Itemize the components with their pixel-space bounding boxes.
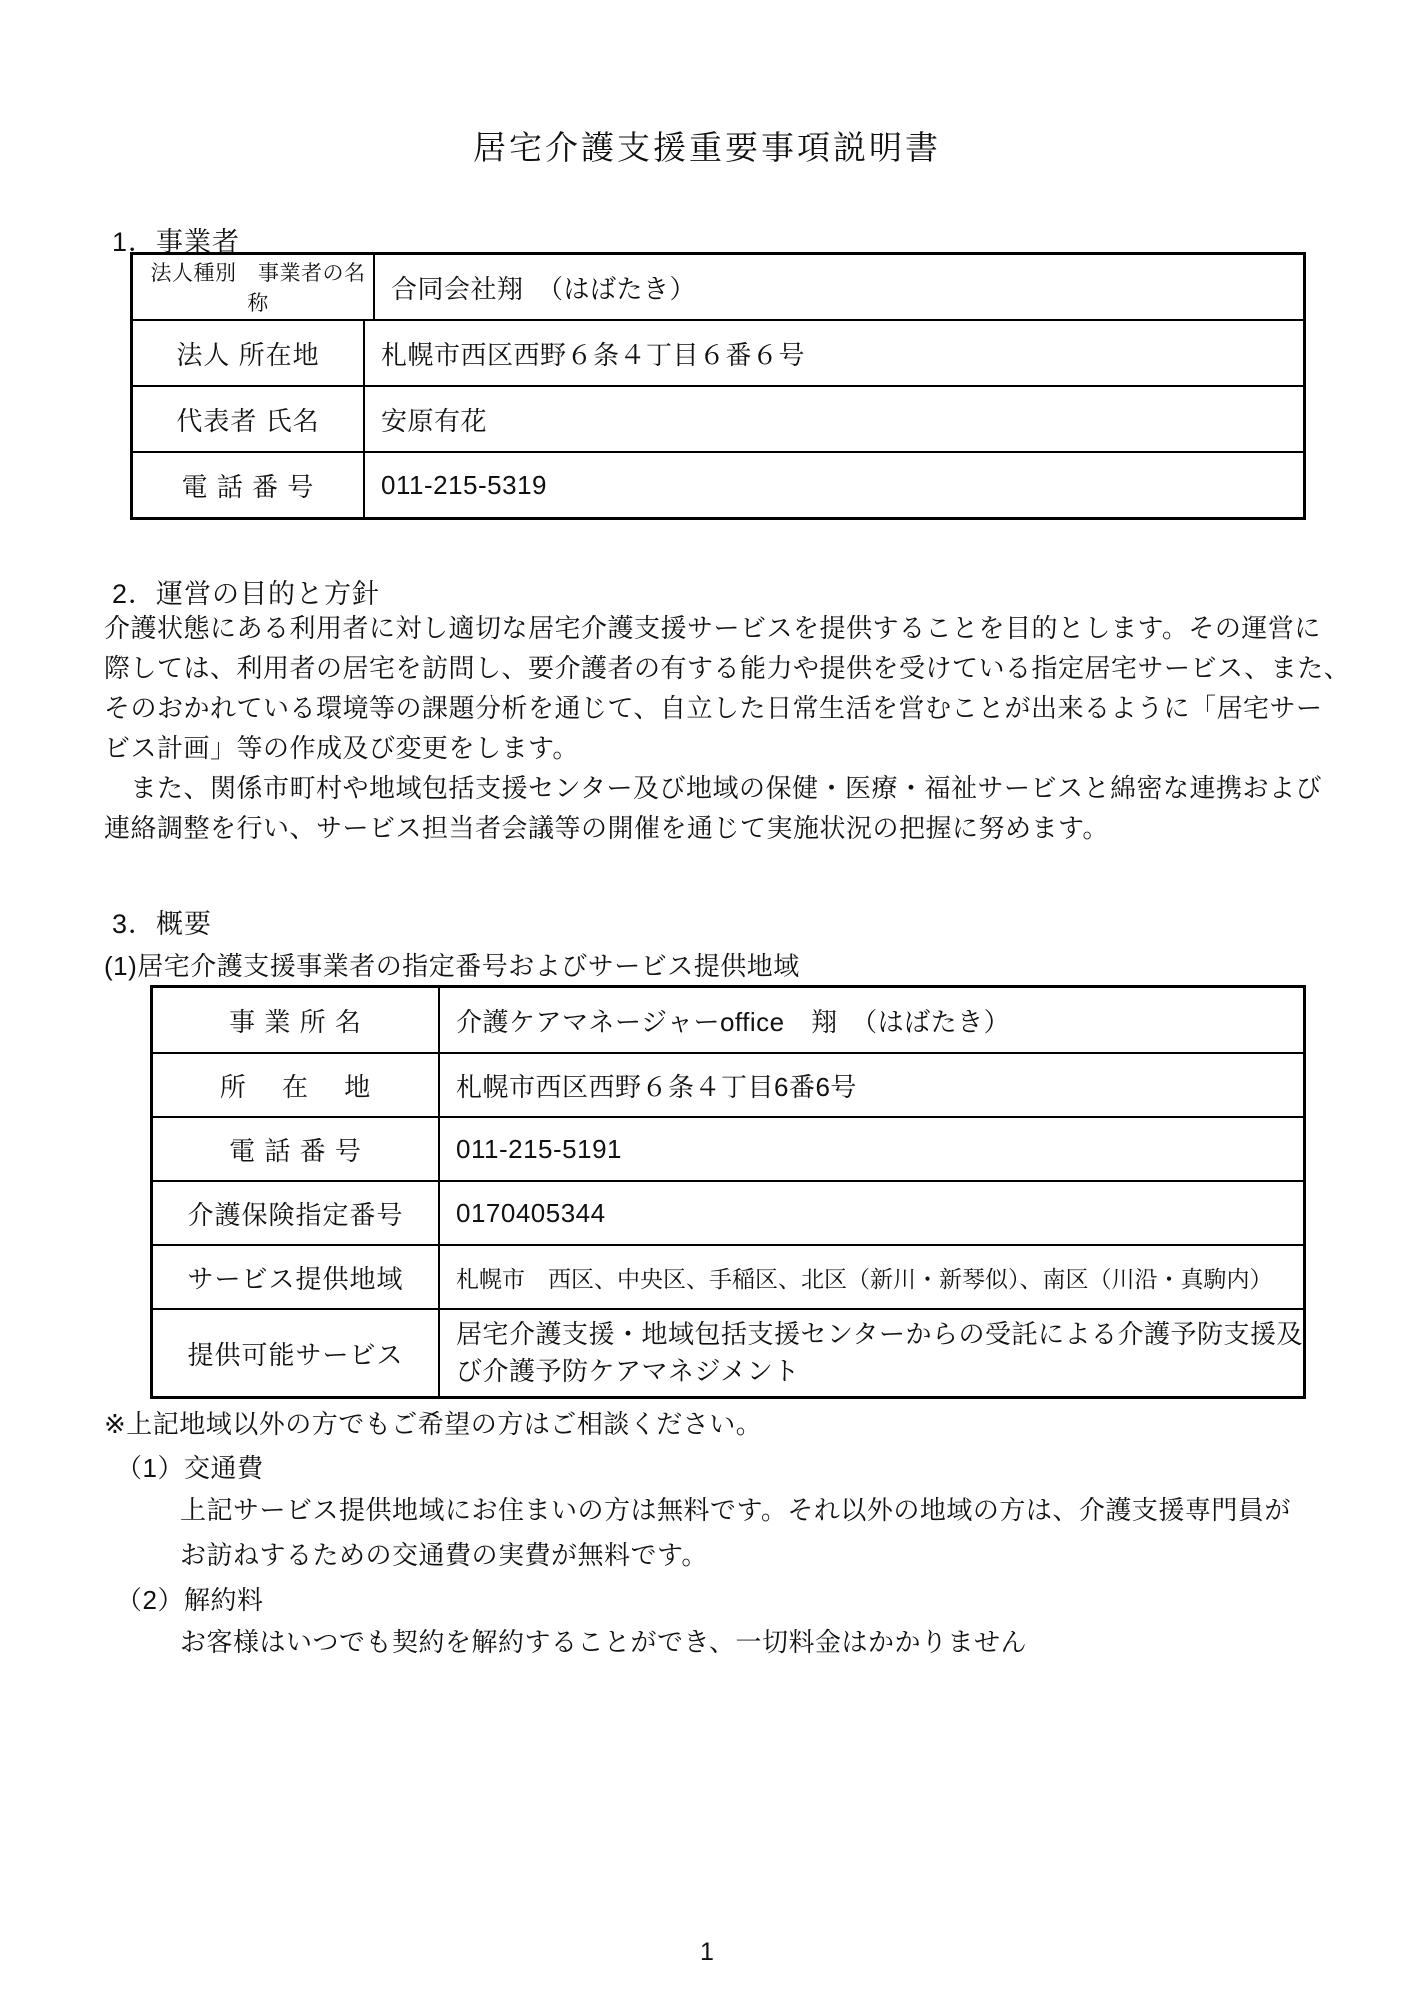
business-operator-table: 法人種別 事業者の名称 合同会社翔 （はばたき） 法人 所在地 札幌市西区西野６…: [130, 252, 1306, 520]
table-row: 代表者 氏名 安原有花: [133, 385, 1303, 451]
row-label: 所 在 地: [153, 1054, 440, 1116]
row-label: サービス提供地域: [153, 1246, 440, 1308]
table-row: サービス提供地域 札幌市 西区、中央区、手稲区、北区（新川・新琴似）、南区（川沿…: [153, 1244, 1303, 1308]
row-value: 札幌市西区西野６条４丁目６番６号: [365, 321, 1303, 385]
row-value-line: び介護予防ケアマネジメント: [456, 1353, 800, 1390]
row-value: 安原有花: [365, 387, 1303, 451]
row-label: 法人 所在地: [133, 321, 365, 385]
row-label: 事 業 所 名: [153, 988, 440, 1052]
table-row: 電 話 番 号 011-215-5191: [153, 1116, 1303, 1180]
row-label: 電 話 番 号: [133, 453, 365, 517]
office-overview-table: 事 業 所 名 介護ケアマネージャーoffice 翔 （はばたき） 所 在 地 …: [150, 985, 1306, 1399]
table-row: 法人種別 事業者の名称 合同会社翔 （はばたき）: [133, 255, 1303, 319]
page-number: 1: [0, 1938, 1414, 1967]
row-value-line: 居宅介護支援・地域包括支援センターからの受託による介護予防支援及: [456, 1316, 1303, 1353]
item1-text-line: 上記サービス提供地域にお住まいの方は無料です。それ以外の地域の方は、介護支援専門…: [180, 1490, 1291, 1530]
table-row: 法人 所在地 札幌市西区西野６条４丁目６番６号: [133, 319, 1303, 385]
purpose-paragraph-line: また、関係市町村や地域包括支援センター及び地域の保健・医療・福祉サービスと綿密な…: [104, 768, 1322, 808]
purpose-paragraph-line: 介護状態にある利用者に対し適切な居宅介護支援サービスを提供することを目的とします…: [104, 608, 1321, 648]
row-label: 法人種別 事業者の名称: [133, 255, 375, 319]
table-row: 介護保険指定番号 0170405344: [153, 1180, 1303, 1244]
row-value: 合同会社翔 （はばたき）: [375, 255, 1303, 319]
document-page: 居宅介護支援重要事項説明書 1．事業者 法人種別 事業者の名称 合同会社翔 （は…: [0, 0, 1414, 2000]
item1-text-line: お訪ねするための交通費の実費が無料です。: [180, 1535, 708, 1575]
page-title: 居宅介護支援重要事項説明書: [0, 122, 1414, 169]
row-label: 電 話 番 号: [153, 1118, 440, 1180]
row-label: 介護保険指定番号: [153, 1182, 440, 1244]
row-value: 札幌市 西区、中央区、手稲区、北区（新川・新琴似）、南区（川沿・真駒内）: [440, 1246, 1303, 1308]
table-row: 電 話 番 号 011-215-5319: [133, 451, 1303, 517]
row-label: 代表者 氏名: [133, 387, 365, 451]
item2-text-line: お客様はいつでも契約を解約することができ、一切料金はかかりません: [180, 1622, 1027, 1662]
row-label: 提供可能サービス: [153, 1310, 440, 1396]
item1-heading: （1）交通費: [116, 1448, 263, 1488]
section3-heading: 3．概要: [112, 902, 212, 941]
area-note: ※上記地域以外の方でもご希望の方はご相談ください。: [104, 1404, 762, 1444]
row-value: 0170405344: [440, 1182, 1303, 1244]
row-value: 居宅介護支援・地域包括支援センターからの受託による介護予防支援及 び介護予防ケア…: [440, 1310, 1303, 1396]
table-row: 所 在 地 札幌市西区西野６条４丁目6番6号: [153, 1052, 1303, 1116]
purpose-paragraph-line: ビス計画」等の作成及び変更をします。: [104, 728, 579, 768]
row-value: 札幌市西区西野６条４丁目6番6号: [440, 1054, 1303, 1116]
section3-subheading: (1)居宅介護支援事業者の指定番号およびサービス提供地域: [104, 946, 800, 986]
purpose-paragraph-line: 連絡調整を行い、サービス担当者会議等の開催を通じて実施状況の把握に努めます。: [104, 808, 1109, 848]
row-value: 011-215-5191: [440, 1118, 1303, 1180]
purpose-paragraph-line: 際しては、利用者の居宅を訪問し、要介護者の有する能力や提供を受けている指定居宅サ…: [104, 648, 1350, 688]
table-row: 提供可能サービス 居宅介護支援・地域包括支援センターからの受託による介護予防支援…: [153, 1308, 1303, 1396]
item2-heading: （2）解約料: [116, 1580, 263, 1620]
section2-heading: 2．運営の目的と方針: [112, 572, 380, 611]
purpose-paragraph-line: そのおかれている環境等の課題分析を通じて、自立した日常生活を営むことが出来るよう…: [104, 688, 1322, 728]
row-value: 011-215-5319: [365, 453, 1303, 517]
table-row: 事 業 所 名 介護ケアマネージャーoffice 翔 （はばたき）: [153, 988, 1303, 1052]
row-value: 介護ケアマネージャーoffice 翔 （はばたき）: [440, 988, 1303, 1052]
